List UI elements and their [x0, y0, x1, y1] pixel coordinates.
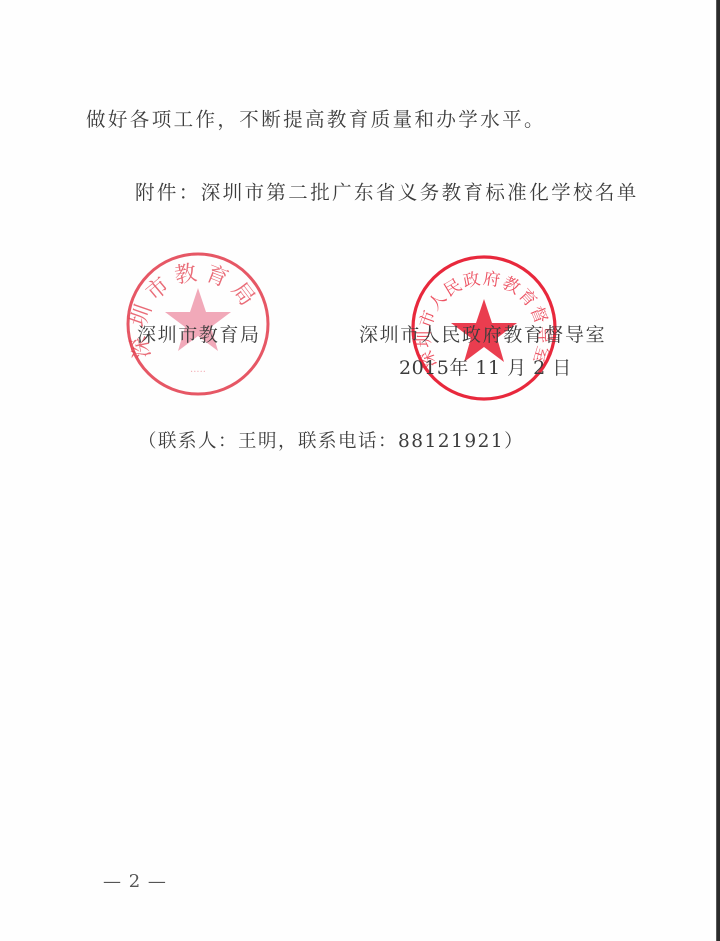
attachment-line: 附件：深圳市第二批广东省义务教育标准化学校名单: [135, 177, 639, 205]
body-text: 做好各项工作，不断提高教育质量和办学水平。: [86, 104, 546, 132]
signature-date: 2015年 11 月 2 日: [399, 353, 572, 380]
page-edge-border: [716, 0, 720, 941]
signature-left-org: 深圳市教育局: [137, 320, 261, 347]
document-page: 做好各项工作，不断提高教育质量和办学水平。 附件：深圳市第二批广东省义务教育标准…: [0, 0, 716, 941]
page-number: — 2 —: [103, 871, 167, 892]
signature-right-org: 深圳市人民政府教育督导室: [359, 320, 606, 347]
contact-info: （联系人：王明，联系电话：88121921）: [138, 427, 524, 453]
svg-text:·····: ·····: [190, 367, 206, 378]
